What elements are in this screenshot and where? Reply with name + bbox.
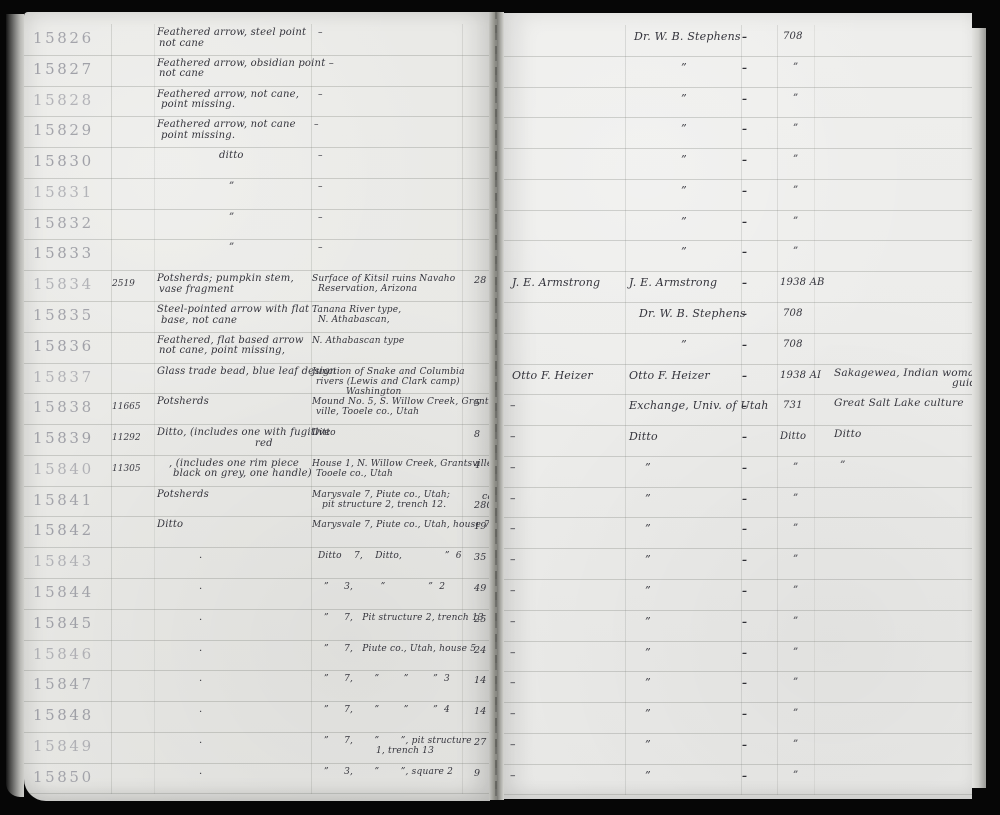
dash-mark-cell: – (742, 64, 774, 75)
accession-number-cell: ” (780, 186, 832, 197)
ledger-row: ”–” (504, 210, 972, 242)
ledger-row: J. E. ArmstrongJ. E. Armstrong–1938 AB (504, 271, 972, 303)
count-cell: 24 (474, 646, 490, 656)
donor-cell: ” (629, 155, 744, 166)
ledger-row: Dr. W. B. Stephens–708 (504, 302, 972, 334)
ledger-row: ”–” (504, 56, 972, 88)
catalog-number-stamp: 15841 (33, 491, 94, 509)
accession-number-cell: Ditto (780, 432, 832, 443)
description-cell: . (157, 705, 313, 716)
locality-cell: Surface of Kitsil ruins NavahoReservatio… (312, 274, 490, 294)
locality-cell: ” 7, ” ”, pit structure1, trench 13 (312, 736, 490, 756)
ledger-row: ”–” (504, 117, 972, 149)
accession-number-cell: ” (780, 771, 832, 782)
dash-mark-cell: – (742, 618, 774, 629)
collector-cell: – (510, 709, 628, 720)
dash-mark-cell: – (742, 556, 774, 567)
catalog-number-stamp: 15826 (33, 29, 94, 47)
accession-number-cell: 1938 AB (780, 278, 832, 289)
catalog-number-stamp: 15832 (33, 214, 94, 232)
book-binding-gutter (489, 12, 504, 800)
description-cell: . (157, 736, 313, 747)
count-cell: 25 (474, 615, 490, 625)
locality-cell: Marysvale 7, Piute co., Utah;pit structu… (312, 490, 490, 510)
collector-cell: – (510, 678, 628, 689)
catalog-number-stamp: 15850 (33, 768, 94, 786)
ledger-row: ”–” (504, 148, 972, 180)
ledger-row: –”–” (504, 641, 972, 673)
accession-number-cell: ” (780, 586, 832, 597)
donor-cell: ” (629, 63, 744, 74)
dash-mark-cell: – (742, 710, 774, 721)
dash-mark-cell: – (742, 587, 774, 598)
locality-cell: – (312, 151, 490, 161)
ledger-row: ”–” (504, 240, 972, 272)
donor-cell: ” (629, 494, 744, 505)
count-cell: 14 (474, 707, 490, 717)
collector-cell: – (510, 740, 628, 751)
donor-cell: ” (629, 740, 744, 751)
locality-cell: Ditto 7, Ditto, ” 6 (312, 551, 490, 561)
locality-cell: Ditto (312, 428, 490, 438)
remarks-cell: ” (834, 460, 972, 471)
count-cell: 8 (474, 430, 490, 440)
description-cell: . (157, 582, 313, 593)
ledger-right-page: Dr. W. B. Stephens–708”–””–””–””–””–””–”… (504, 13, 972, 799)
description-cell: . (157, 613, 313, 624)
collector-cell: – (510, 555, 628, 566)
locality-cell: Marysvale 7, Piute co., Utah, house 7 (312, 520, 490, 530)
ledger-row: –”–” (504, 610, 972, 642)
locality-cell: ” 7, Pit structure 2, trench 13 (312, 613, 490, 623)
accession-number-cell: ” (780, 217, 832, 228)
count-cell: 9 (474, 769, 490, 779)
original-number: 11292 (112, 433, 141, 443)
catalog-number-stamp: 15834 (33, 275, 94, 293)
count-cell: 49 (474, 584, 490, 594)
description-cell: ” (157, 213, 313, 224)
collector-cell: J. E. Armstrong (510, 278, 628, 289)
description-cell: Potsherds (157, 397, 313, 408)
collector-cell: – (510, 463, 628, 474)
collector-cell: Otto F. Heizer (510, 371, 628, 382)
stacked-page-edges-right (972, 28, 986, 788)
description-cell: . (157, 644, 313, 655)
stacked-page-edges-left (6, 14, 24, 797)
accession-number-cell: ” (780, 247, 832, 258)
donor-cell: Dr. W. B. Stephens (629, 309, 744, 320)
ledger-row: 1583811665PotsherdsMound No. 5, S. Willo… (24, 393, 490, 425)
ledger-row: –”–” (504, 764, 972, 796)
collector-cell: – (510, 494, 628, 505)
locality-cell: Tanana River type,N. Athabascan, (312, 305, 490, 325)
catalog-number-stamp: 15831 (33, 183, 94, 201)
ledger-row: 15837Glass trade bead, blue leaf designJ… (24, 363, 490, 395)
description-cell: Feathered arrow, obsidian point –not can… (157, 59, 313, 80)
ledger-row: –Exchange, Univ. of Utah–731Great Salt L… (504, 394, 972, 426)
count-cell: 19 (474, 522, 490, 532)
accession-number-cell: 708 (780, 32, 832, 43)
accession-number-cell: ” (780, 155, 832, 166)
description-cell: Potsherds; pumpkin stem,vase fragment (157, 274, 313, 295)
donor-cell: Dr. W. B. Stephens (629, 32, 744, 43)
collector-cell: – (510, 524, 628, 535)
description-cell: Feathered, flat based arrownot cane, poi… (157, 336, 313, 357)
dash-mark-cell: – (742, 248, 774, 259)
description-cell: Feathered arrow, not canepoint missing. (157, 120, 313, 141)
accession-number-cell: 731 (780, 401, 832, 412)
description-cell: Feathered arrow, steel pointnot cane (157, 28, 313, 49)
catalog-number-stamp: 15845 (33, 614, 94, 632)
locality-cell: – (312, 120, 490, 130)
locality-cell: – (312, 243, 490, 253)
original-number: 11665 (112, 402, 141, 412)
description-cell: . (157, 767, 313, 778)
description-cell: ” (157, 182, 313, 193)
dash-mark-cell: – (742, 772, 774, 783)
locality-cell: ” 7, ” ” ” 4 (312, 705, 490, 715)
accession-number-cell: ” (780, 124, 832, 135)
dash-mark-cell: – (742, 279, 774, 290)
catalog-number-stamp: 15828 (33, 91, 94, 109)
donor-cell: ” (629, 340, 744, 351)
collector-cell: – (510, 586, 628, 597)
description-cell: . (157, 674, 313, 685)
donor-cell: Exchange, Univ. of Utah (629, 401, 744, 412)
description-cell: Steel-pointed arrow with flatbase, not c… (157, 305, 313, 326)
donor-cell: ” (629, 771, 744, 782)
ledger-row: –”–” (504, 702, 972, 734)
remarks-cell: Great Salt Lake culture (834, 398, 972, 409)
ledger-row: 15833”– (24, 239, 490, 271)
dash-mark-cell: – (742, 125, 774, 136)
ledger-row: 15827Feathered arrow, obsidian point –no… (24, 55, 490, 87)
ledger-row: –”–” (504, 579, 972, 611)
ledger-row: 1584011305, (includes one rim pieceblack… (24, 455, 490, 487)
accession-number-cell: ” (780, 648, 832, 659)
accession-number-cell: ” (780, 524, 832, 535)
ledger-row: Otto F. HeizerOtto F. Heizer–1938 AISaka… (504, 364, 972, 396)
ledger-row: 15845.” 7, Pit structure 2, trench 1325 (24, 609, 490, 641)
ledger-row: 15828Feathered arrow, not cane,point mis… (24, 86, 490, 118)
catalog-number-stamp: 15847 (33, 675, 94, 693)
dash-mark-cell: – (742, 218, 774, 229)
accession-number-cell: ” (780, 555, 832, 566)
catalog-number-stamp: 15840 (33, 460, 94, 478)
ledger-row: –”–” (504, 517, 972, 549)
count-cell: 4 (474, 461, 490, 471)
catalog-number-stamp: 15848 (33, 706, 94, 724)
donor-cell: ” (629, 247, 744, 258)
locality-cell: – (312, 182, 490, 192)
ledger-row: 15832”– (24, 209, 490, 241)
description-cell: Ditto, (includes one with fugitivered (157, 428, 313, 449)
locality-cell: ” 7, Piute co., Utah, house 5 (312, 644, 490, 654)
donor-cell: ” (629, 124, 744, 135)
dash-mark-cell: – (742, 402, 774, 413)
description-cell: . (157, 551, 313, 562)
catalog-number-stamp: 15835 (33, 306, 94, 324)
ledger-row: –”–” (504, 733, 972, 765)
catalog-number-stamp: 15843 (33, 552, 94, 570)
donor-cell: Otto F. Heizer (629, 371, 744, 382)
ledger-row: 15849.” 7, ” ”, pit structure1, trench 1… (24, 732, 490, 764)
accession-number-cell: ” (780, 494, 832, 505)
donor-cell: ” (629, 94, 744, 105)
donor-cell: ” (629, 463, 744, 474)
dash-mark-cell: – (742, 156, 774, 167)
accession-number-cell: 708 (780, 340, 832, 351)
accession-number-cell: ” (780, 94, 832, 105)
locality-cell: Junction of Snake and Columbiarivers (Le… (312, 367, 490, 397)
dash-mark-cell: – (742, 310, 774, 321)
count-cell: 27 (474, 738, 490, 748)
description-cell: Feathered arrow, not cane,point missing. (157, 90, 313, 111)
ledger-row: 15847.” 7, ” ” ” 314 (24, 670, 490, 702)
dash-mark-cell: – (742, 95, 774, 106)
ledger-row: 15831”– (24, 178, 490, 210)
ledger-row: 15843.Ditto 7, Ditto, ” 635 (24, 547, 490, 579)
ledger-row: 158342519Potsherds; pumpkin stem,vase fr… (24, 270, 490, 302)
ledger-row: 15836Feathered, flat based arrownot cane… (24, 332, 490, 364)
catalog-number-stamp: 15846 (33, 645, 94, 663)
locality-cell: House 1, N. Willow Creek, Grantsville,To… (312, 459, 490, 479)
donor-cell: ” (629, 617, 744, 628)
description-cell: ” (157, 243, 313, 254)
accession-number-cell: ” (780, 463, 832, 474)
dash-mark-cell: – (742, 679, 774, 690)
dash-mark-cell: – (742, 341, 774, 352)
accession-number-cell: 708 (780, 309, 832, 320)
catalog-number-stamp: 15844 (33, 583, 94, 601)
ledger-row: –”–” (504, 548, 972, 580)
right-page-rows: Dr. W. B. Stephens–708”–””–””–””–””–””–”… (504, 13, 972, 799)
ledger-row: Dr. W. B. Stephens–708 (504, 25, 972, 57)
catalog-number-stamp: 15839 (33, 429, 94, 447)
count-cell: ca.280 (474, 492, 490, 511)
count-cell: 5 (474, 399, 490, 409)
dash-mark-cell: – (742, 187, 774, 198)
donor-cell: ” (629, 586, 744, 597)
donor-cell: ” (629, 524, 744, 535)
left-page-rows: 15826Feathered arrow, steel pointnot can… (24, 12, 490, 801)
collector-cell: – (510, 401, 628, 412)
catalog-number-stamp: 15838 (33, 398, 94, 416)
description-cell: Potsherds (157, 490, 313, 501)
locality-cell: – (312, 28, 490, 38)
donor-cell: ” (629, 217, 744, 228)
ledger-row: –”–” (504, 487, 972, 519)
original-number: 2519 (112, 279, 135, 289)
donor-cell: ” (629, 186, 744, 197)
donor-cell: ” (629, 648, 744, 659)
catalog-number-stamp: 15842 (33, 521, 94, 539)
remarks-cell: Sakagewea, Indian womanguide (834, 368, 972, 389)
collector-cell: – (510, 432, 628, 443)
donor-cell: Ditto (629, 432, 744, 443)
dash-mark-cell: – (742, 33, 774, 44)
ledger-row: 15842DittoMarysvale 7, Piute co., Utah, … (24, 516, 490, 548)
catalog-number-stamp: 15837 (33, 368, 94, 386)
count-cell: 28 (474, 276, 490, 286)
ledger-row: –Ditto–DittoDitto (504, 425, 972, 457)
locality-cell: – (312, 90, 490, 100)
accession-number-cell: ” (780, 617, 832, 628)
dash-mark-cell: – (742, 372, 774, 383)
ledger-row: 15848.” 7, ” ” ” 414 (24, 701, 490, 733)
ledger-row: –”–” (504, 671, 972, 703)
description-cell: ditto (157, 151, 313, 162)
catalog-number-stamp: 15833 (33, 244, 94, 262)
collector-cell: – (510, 771, 628, 782)
accession-number-cell: ” (780, 709, 832, 720)
ledger-row: ”–708 (504, 333, 972, 365)
remarks-cell: Ditto (834, 429, 972, 440)
locality-cell: – (312, 213, 490, 223)
catalog-number-stamp: 15849 (33, 737, 94, 755)
ledger-row: 15844.” 3, ” ” 249 (24, 578, 490, 610)
donor-cell: J. E. Armstrong (629, 278, 744, 289)
catalog-number-stamp: 15829 (33, 121, 94, 139)
original-number: 11305 (112, 464, 141, 474)
description-cell: , (includes one rim pieceblack on grey, … (157, 459, 313, 480)
catalog-number-stamp: 15836 (33, 337, 94, 355)
dash-mark-cell: – (742, 649, 774, 660)
dash-mark-cell: – (742, 433, 774, 444)
dash-mark-cell: – (742, 741, 774, 752)
ledger-row: 15829Feathered arrow, not canepoint miss… (24, 116, 490, 148)
ledger-row: 15846.” 7, Piute co., Utah, house 524 (24, 640, 490, 672)
donor-cell: ” (629, 555, 744, 566)
dash-mark-cell: – (742, 495, 774, 506)
locality-cell: Mound No. 5, S. Willow Creek, Grants-vil… (312, 397, 490, 417)
ledger-row: 15830ditto– (24, 147, 490, 179)
count-cell: 35 (474, 553, 490, 563)
accession-number-cell: 1938 AI (780, 371, 832, 382)
donor-cell: ” (629, 678, 744, 689)
description-cell: Glass trade bead, blue leaf design (157, 367, 313, 378)
description-cell: Ditto (157, 520, 313, 531)
ledger-row: 15850.” 3, ” ”, square 29 (24, 763, 490, 795)
collector-cell: – (510, 617, 628, 628)
accession-number-cell: ” (780, 63, 832, 74)
count-cell: 14 (474, 676, 490, 686)
ledger-row: 15835Steel-pointed arrow with flatbase, … (24, 301, 490, 333)
ledger-row: 15826Feathered arrow, steel pointnot can… (24, 24, 490, 56)
locality-cell: ” 3, ” ” 2 (312, 582, 490, 592)
accession-number-cell: ” (780, 740, 832, 751)
dash-mark-cell: – (742, 525, 774, 536)
ledger-row: 15841PotsherdsMarysvale 7, Piute co., Ut… (24, 486, 490, 518)
ledger-row: –”–”” (504, 456, 972, 488)
ledger-left-page: 15826Feathered arrow, steel pointnot can… (24, 12, 490, 801)
catalog-number-stamp: 15827 (33, 60, 94, 78)
ledger-row: ”–” (504, 87, 972, 119)
catalog-number-stamp: 15830 (33, 152, 94, 170)
locality-cell: N. Athabascan type (312, 336, 490, 346)
collector-cell: – (510, 648, 628, 659)
donor-cell: ” (629, 709, 744, 720)
accession-number-cell: ” (780, 678, 832, 689)
ledger-row: ”–” (504, 179, 972, 211)
ledger-row: 1583911292Ditto, (includes one with fugi… (24, 424, 490, 456)
locality-cell: ” 7, ” ” ” 3 (312, 674, 490, 684)
locality-cell: ” 3, ” ”, square 2 (312, 767, 490, 777)
dash-mark-cell: – (742, 464, 774, 475)
